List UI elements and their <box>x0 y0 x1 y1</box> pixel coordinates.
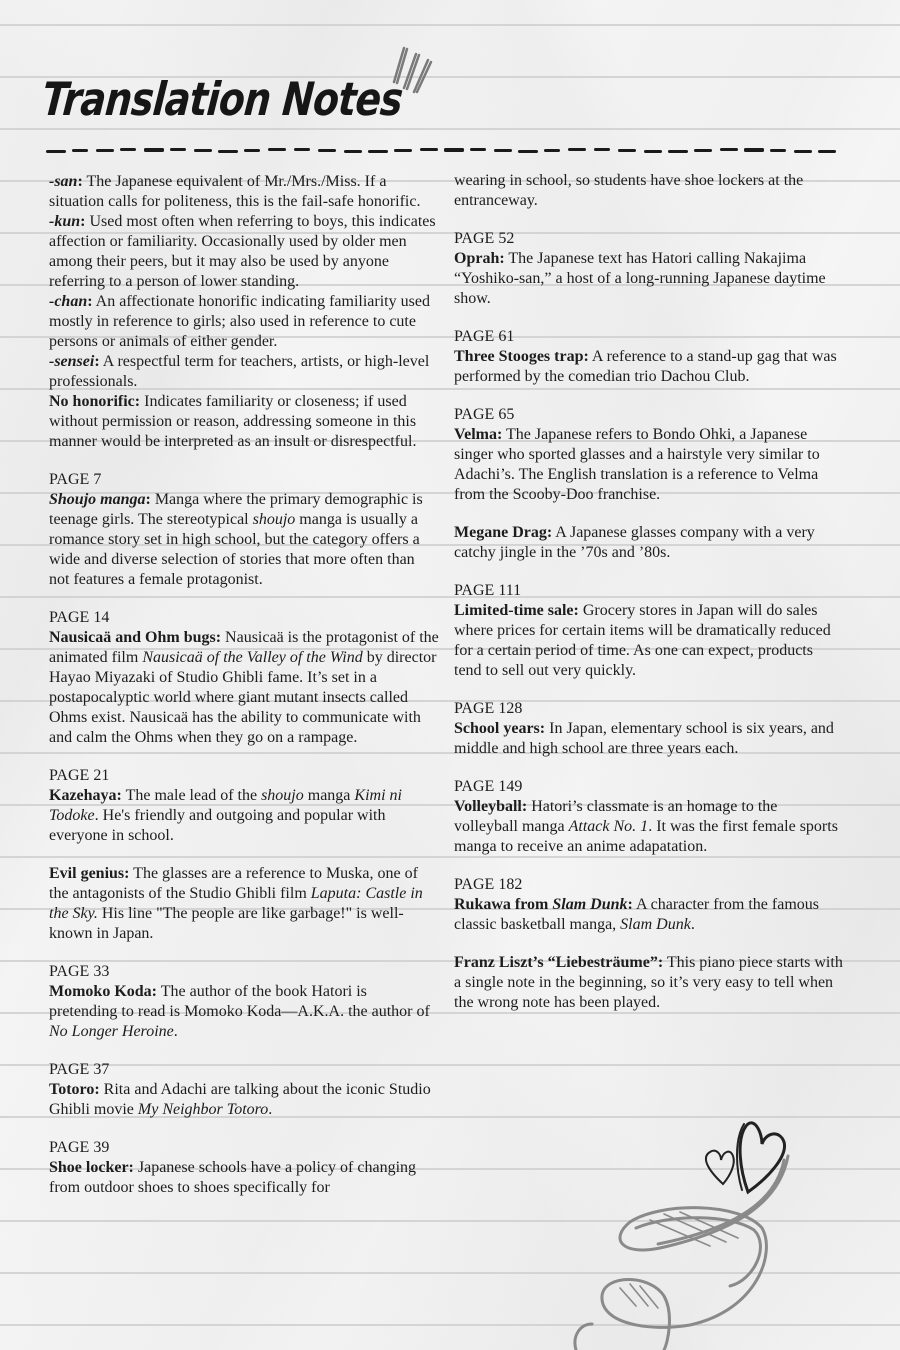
emphasis-marks-icon <box>390 44 440 94</box>
note-kazehaya: Kazehaya: The male lead of the shoujo ma… <box>49 786 439 846</box>
dashed-divider <box>46 146 836 156</box>
note-liebestraume: Franz Liszt’s “Liebesträume”: This piano… <box>454 953 844 1013</box>
page-label: PAGE 33 <box>49 962 439 982</box>
hearts-swirl-doodle-icon <box>540 1110 900 1350</box>
note-evil-genius: Evil genius: The glasses are a reference… <box>49 864 439 944</box>
note-shoujo-manga: Shoujo manga: Manga where the primary de… <box>49 490 439 590</box>
page-label: PAGE 182 <box>454 875 844 895</box>
note-totoro: Totoro: Rita and Adachi are talking abou… <box>49 1080 439 1120</box>
note-shoe-locker: Shoe locker: Japanese schools have a pol… <box>49 1158 439 1198</box>
honorific-chan: -chan: An affectionate honorific indicat… <box>49 292 439 352</box>
page-title: Translation Notes <box>40 72 404 126</box>
page-label: PAGE 39 <box>49 1138 439 1158</box>
honorific-san: -san: The Japanese equivalent of Mr./Mrs… <box>49 172 439 212</box>
small-heart-icon <box>706 1151 734 1184</box>
page-label: PAGE 65 <box>454 405 844 425</box>
note-momoko-koda: Momoko Koda: The author of the book Hato… <box>49 982 439 1042</box>
note-velma: Velma: The Japanese refers to Bondo Ohki… <box>454 425 844 505</box>
note-oprah: Oprah: The Japanese text has Hatori call… <box>454 249 844 309</box>
note-limited-time-sale: Limited-time sale: Grocery stores in Jap… <box>454 601 844 681</box>
note-megane-drag: Megane Drag: A Japanese glasses company … <box>454 523 844 563</box>
notes-column-left: -san: The Japanese equivalent of Mr./Mrs… <box>49 172 439 1198</box>
notes-column-right: wearing in school, so students have shoe… <box>454 171 844 1013</box>
page-label: PAGE 21 <box>49 766 439 786</box>
page-label: PAGE 37 <box>49 1060 439 1080</box>
honorific-sensei: -sensei: A respectful term for teachers,… <box>49 352 439 392</box>
note-shoe-locker-continued: wearing in school, so students have shoe… <box>454 171 844 211</box>
note-three-stooges: Three Stooges trap: A reference to a sta… <box>454 347 844 387</box>
note-nausicaa: Nausicaä and Ohm bugs: Nausicaä is the p… <box>49 628 439 748</box>
page-label: PAGE 128 <box>454 699 844 719</box>
page-label: PAGE 61 <box>454 327 844 347</box>
note-school-years: School years: In Japan, elementary schoo… <box>454 719 844 759</box>
page-label: PAGE 149 <box>454 777 844 797</box>
honorific-kun: -kun: Used most often when referring to … <box>49 212 439 292</box>
page-label: PAGE 7 <box>49 470 439 490</box>
page-label: PAGE 52 <box>454 229 844 249</box>
page-label: PAGE 111 <box>454 581 844 601</box>
page-label: PAGE 14 <box>49 608 439 628</box>
note-volleyball: Volleyball: Hatori’s classmate is an hom… <box>454 797 844 857</box>
note-rukawa: Rukawa from Slam Dunk: A character from … <box>454 895 844 935</box>
honorific-none: No honorific: Indicates familiarity or c… <box>49 392 439 452</box>
